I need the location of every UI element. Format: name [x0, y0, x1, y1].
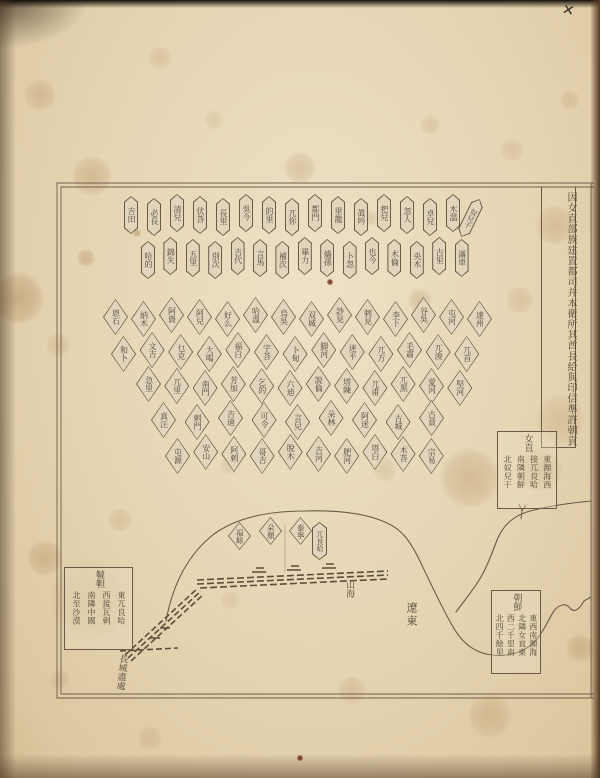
garrison-label: 肥河: [343, 448, 351, 464]
garrison-label: 忽人: [403, 207, 411, 223]
garrison-tag-diamond: 肥河: [334, 438, 359, 474]
garrison-label: 毛肅: [406, 342, 414, 358]
garrison-tag-diamond: 訬見: [327, 297, 352, 333]
garrison-label: 脚河: [320, 342, 328, 358]
garrison-label: 六迪: [286, 380, 294, 396]
garrison-label: 五里: [189, 250, 197, 266]
garrison-label: 文吉: [148, 342, 156, 358]
garrison-tag-diamond: 字荅: [254, 334, 279, 370]
garrison-label: 和卜: [120, 346, 128, 362]
garrison-label: 可令: [260, 412, 268, 428]
label-liaodong: 遼東: [406, 602, 417, 628]
garrison-label: 卜甸: [291, 346, 299, 362]
garrison-label: 達州: [476, 311, 484, 327]
garrison-tag-diamond: 迷平: [340, 334, 365, 370]
info-box-column: 西接瓦剌: [102, 591, 110, 625]
garrison-tag-diamond: 吉河: [306, 436, 331, 472]
garrison-label: 泰寧: [297, 524, 305, 539]
garrison-label: 都門: [311, 205, 319, 221]
garrison-label: 兀你: [288, 209, 296, 225]
garrison-label: 別次: [211, 252, 219, 268]
garrison-tag-hex: 眞吟: [354, 198, 368, 236]
garrison-tag-diamond: 脚河: [311, 332, 336, 368]
garrison-tag-diamond: 剌見: [355, 299, 380, 335]
garrison-label: 眞吟: [357, 209, 365, 225]
garrison-label: 畢力: [301, 248, 309, 264]
garrison-label: 谷吳: [420, 307, 428, 323]
garrison-tag-diamond: 芳加: [221, 366, 246, 402]
garrison-label: 偹孫: [323, 250, 331, 266]
garrison-label: 卓兒: [426, 209, 434, 225]
garrison-label: 福餘: [236, 529, 244, 544]
info-box-dada-body: 東兀良哈 西接瓦剌 南隣中國 北至沙漠: [65, 588, 132, 649]
garrison-label: 愛河: [428, 378, 436, 394]
garrison-label: 乞的: [258, 378, 266, 394]
garrison-label: 乜克: [177, 344, 185, 360]
garrison-tag-diamond: 吉迪: [218, 400, 243, 436]
garrison-tag-hex: 五里: [186, 239, 200, 277]
garrison-label: 恖石: [112, 309, 120, 325]
garrison-label: 福白: [234, 342, 242, 358]
garrison-label: 訬見: [336, 307, 344, 323]
garrison-label: 阿剌: [230, 446, 238, 462]
garrison-tag-diamond: 乜克: [168, 334, 193, 370]
garrison-label: 南門: [201, 380, 209, 396]
garrison-label: 也今: [368, 248, 376, 264]
info-box-chaoxian: 朝鮮 東西南瀕海 北隣女直東 西二千里南 北四千餘里: [491, 590, 541, 674]
garrison-label: 里龍: [334, 207, 342, 223]
garrison-label: 哈的: [144, 252, 152, 268]
garrison-tag-hex: 必長: [147, 198, 161, 236]
garrison-tag-diamond: 脫木: [278, 434, 303, 470]
garrison-tag-diamond: 恖石: [103, 299, 128, 335]
garrison-label: 大喝: [205, 346, 213, 362]
garrison-tag-diamond: 文吉: [140, 332, 165, 368]
garrison-tag-hex: 里龍: [331, 196, 345, 234]
garrison-label: 急里: [145, 376, 153, 392]
garrison-label: 烏吳: [280, 309, 288, 325]
garrison-label: 的里: [265, 207, 273, 223]
garrison-label: 古賁: [428, 410, 436, 426]
label-shanhai: 山海: [344, 580, 353, 598]
garrison-tag-diamond: 烏吳: [271, 299, 296, 335]
garrison-tag-diamond: 泰寧: [289, 517, 312, 545]
info-box-column: 北四千餘里: [495, 614, 503, 657]
info-box-column: 西二千里南: [506, 614, 514, 657]
info-box-column: 東兀良哈: [117, 591, 125, 625]
scanned-map-page: 吉田必長清兒伏荅長里吳今的里兀你都門里龍眞吟把兒忽人卓兒木溫奴兒干哈的錦失五里別…: [0, 0, 600, 778]
garrison-tag-diamond: 兀里: [164, 368, 189, 404]
garrison-label: 清兒: [173, 205, 181, 221]
garrison-label: 剌門: [193, 414, 201, 430]
garrison-tag-hex: 都門: [308, 194, 322, 232]
garrison-label: 兀里: [173, 378, 181, 394]
garrison-label: 字荅: [263, 344, 271, 360]
garrison-tag-diamond: 福白: [225, 332, 250, 368]
garrison-label: 納木: [140, 311, 148, 327]
garrison-tag-hex: 吉代: [231, 237, 245, 275]
garrison-tag-hex: 古里: [432, 237, 446, 275]
garrison-tag-diamond: 塔陳: [334, 368, 359, 404]
garrison-label: 兀黑: [399, 376, 407, 392]
garrison-label: 朵林: [327, 410, 335, 426]
garrison-label: 脫木: [286, 444, 294, 460]
garrison-label: 剌見: [364, 309, 372, 325]
garrison-tag-hex: 兀你: [285, 198, 299, 236]
garrison-label: 宗易: [427, 448, 435, 464]
garrison-label: 兀甫: [371, 380, 379, 396]
garrison-tag-diamond: 南門: [193, 370, 218, 406]
garrison-tag-diamond: 兀首: [454, 336, 479, 372]
info-box-chaoxian-body: 東西南瀕海 北隣女直東 西二千里南 北四千餘里: [492, 611, 540, 673]
info-box-column: 南隣中國: [87, 591, 95, 625]
garrison-label: 吳今: [242, 205, 250, 221]
info-box-dada-title: 韃靼: [94, 570, 103, 588]
info-box-column: 東瀕海西: [543, 455, 551, 489]
garrison-label: 言兒: [294, 414, 302, 430]
garrison-tag-hex: 伏荅: [193, 196, 207, 234]
garrison-tag-diamond: 可令: [252, 402, 277, 438]
garrison-tag-diamond: 卜甸: [283, 336, 308, 372]
garrison-label: 古里: [435, 248, 443, 264]
garrison-label: 阿資: [168, 307, 176, 323]
garrison-tag-diamond: 阿剌: [221, 436, 246, 472]
garrison-label: 好么: [224, 311, 232, 327]
garrison-tag-hex: 兀良哈: [312, 522, 327, 560]
garrison-label: 言馬: [256, 250, 264, 266]
garrison-tag-diamond: 兀甫: [362, 370, 387, 406]
garrison-tag-diamond: 古賁: [419, 400, 444, 436]
garrison-label: 双城: [308, 311, 316, 327]
garrison-tag-diamond: 塔白: [362, 434, 387, 470]
garrison-tag-hex: 補次: [275, 241, 289, 279]
garrison-tag-diamond: 朵顏: [259, 517, 282, 545]
info-box-column: 北隣女直東: [518, 614, 526, 657]
garrison-label: 朵顏: [267, 524, 275, 539]
garrison-tag-diamond: 和卜: [111, 336, 136, 372]
garrison-tag-hex: 卓兒: [423, 198, 437, 236]
garrison-label: 古城: [394, 414, 402, 430]
garrison-label: 李下: [392, 311, 400, 327]
garrison-tag-diamond: 急里: [136, 366, 161, 402]
garrison-label: 哈溫: [252, 307, 260, 323]
garrison-label: 芳加: [229, 376, 237, 392]
garrison-tag-diamond: 兀黑: [391, 366, 416, 402]
garrison-tag-diamond: 阿迷: [352, 402, 377, 438]
info-box-nuzhi: 女直 東瀕海西 接兀良哈 南隣朝鮮 北奴兒干: [497, 431, 557, 509]
garrison-tag-diamond: 大喝: [197, 336, 222, 372]
garrison-label: 木倫: [390, 250, 398, 266]
garrison-label: 安山: [202, 444, 210, 460]
garrison-tag-diamond: 古城: [386, 404, 411, 440]
garrison-tag-diamond: 屯源: [165, 438, 190, 474]
garrison-tag-hex: 忽人: [400, 196, 414, 234]
garrison-tag-hex: 吳今: [239, 194, 253, 232]
info-box-nuzhi-title: 女直: [523, 434, 532, 452]
garrison-tag-diamond: 宗易: [419, 438, 444, 474]
garrison-tag-diamond: 愛河: [419, 368, 444, 404]
garrison-tag-diamond: 屯河: [439, 299, 464, 335]
garrison-tag-diamond: 達州: [467, 301, 492, 337]
garrison-tag-hex: 吉田: [124, 196, 138, 234]
garrison-label: 真汪: [160, 412, 168, 428]
garrison-tag-diamond: 說倫: [306, 366, 331, 402]
garrison-tag-diamond: 乞的: [249, 368, 274, 404]
garrison-tag-hex: 哈的: [141, 241, 155, 279]
garrison-label: 兀浚: [434, 344, 442, 360]
garrison-tag-hex: 言馬: [253, 239, 267, 277]
garrison-label: 哥吉: [258, 448, 266, 464]
garrison-tag-diamond: 兀浚: [426, 334, 451, 370]
garrison-tag-hex: 長里: [216, 198, 230, 236]
garrison-tag-diamond: 谷吳: [411, 297, 436, 333]
garrison-label: 迷平: [348, 344, 356, 360]
garrison-tag-hex: 把兒: [377, 194, 391, 232]
garrison-tag-diamond: 哈溫: [243, 297, 268, 333]
garrison-tag-hex: 卜忽: [343, 241, 357, 279]
garrison-label: 吉代: [234, 248, 242, 264]
garrison-label: 必長: [150, 209, 158, 225]
garrison-label: 兀良哈: [316, 531, 323, 552]
garrison-label: 把兒: [380, 205, 388, 221]
garrison-label: 吉河: [315, 446, 323, 462]
garrison-tag-hex: 錦失: [163, 237, 177, 275]
garrison-label: 卜忽: [346, 252, 354, 268]
info-box-nuzhi-body: 東瀕海西 接兀良哈 南隣朝鮮 北奴兒干: [498, 452, 556, 508]
garrison-tag-diamond: 六迪: [278, 370, 303, 406]
info-box-column: 南隣朝鮮: [516, 455, 524, 489]
garrison-tag-diamond: 阿資: [159, 297, 184, 333]
garrison-label: 吉迪: [227, 410, 235, 426]
garrison-tag-diamond: 朵林: [319, 400, 344, 436]
garrison-tag-diamond: 阿兒: [187, 299, 212, 335]
garrison-tag-hex: 也今: [365, 237, 379, 275]
garrison-label: 塔白: [371, 444, 379, 460]
garrison-label: 吉田: [127, 207, 135, 223]
info-box-column: 北奴兒干: [503, 455, 511, 489]
garrison-tag-diamond: 福餘: [228, 522, 251, 550]
garrison-label: 阿兒: [196, 309, 204, 325]
garrison-tag-diamond: 木荅: [391, 436, 416, 472]
garrison-label: 說倫: [314, 376, 322, 392]
garrison-label: 木溫: [449, 205, 457, 221]
garrison-tag-hex: 木倫: [387, 239, 401, 277]
garrison-label: 補次: [278, 252, 286, 268]
garrison-label: 塔陳: [343, 378, 351, 394]
garrison-label: 兀首: [463, 346, 471, 362]
garrison-tag-hex: 的里: [262, 196, 276, 234]
garrison-label: 兀方: [377, 346, 385, 362]
garrison-tag-hex: 偹孫: [320, 239, 334, 277]
garrison-tag-hex: 清兒: [170, 194, 184, 232]
garrison-label: 央木: [413, 252, 421, 268]
garrison-label: 堅河: [456, 380, 464, 396]
garrison-label: 屯河: [448, 309, 456, 325]
annotation-column: 因女直部族建置都司并本衛所其酋長給與印信準許朝貢: [541, 187, 576, 448]
info-box-column: 接兀良哈: [530, 455, 538, 489]
garrison-tag-diamond: 兀方: [368, 336, 393, 372]
garrison-tag-diamond: 毛肅: [397, 332, 422, 368]
garrison-tag-hex: 別次: [208, 241, 222, 279]
garrison-label: 阿迷: [361, 412, 369, 428]
garrison-label: 長里: [219, 209, 227, 225]
garrison-tag-hex: 央木: [410, 241, 424, 279]
info-box-column: 東西南瀕海: [529, 614, 537, 657]
info-box-column: 北至沙漠: [72, 591, 80, 625]
garrison-label: 錦失: [166, 248, 174, 264]
garrison-label: 滿車: [458, 250, 466, 266]
garrison-tag-diamond: 哥吉: [250, 438, 275, 474]
garrison-tag-hex: 畢力: [298, 237, 312, 275]
info-box-dada: 韃靼 東兀良哈 西接瓦剌 南隣中國 北至沙漠: [64, 567, 133, 650]
garrison-label: 木荅: [399, 446, 407, 462]
garrison-tag-diamond: 安山: [193, 434, 218, 470]
garrison-tag-diamond: 堅河: [447, 370, 472, 406]
garrison-tag-diamond: 真汪: [151, 402, 176, 438]
garrison-label: 伏荅: [196, 207, 204, 223]
garrison-label: 屯源: [174, 448, 182, 464]
garrison-tag-hex: 滿車: [455, 239, 469, 277]
info-box-chaoxian-title: 朝鮮: [512, 593, 521, 611]
